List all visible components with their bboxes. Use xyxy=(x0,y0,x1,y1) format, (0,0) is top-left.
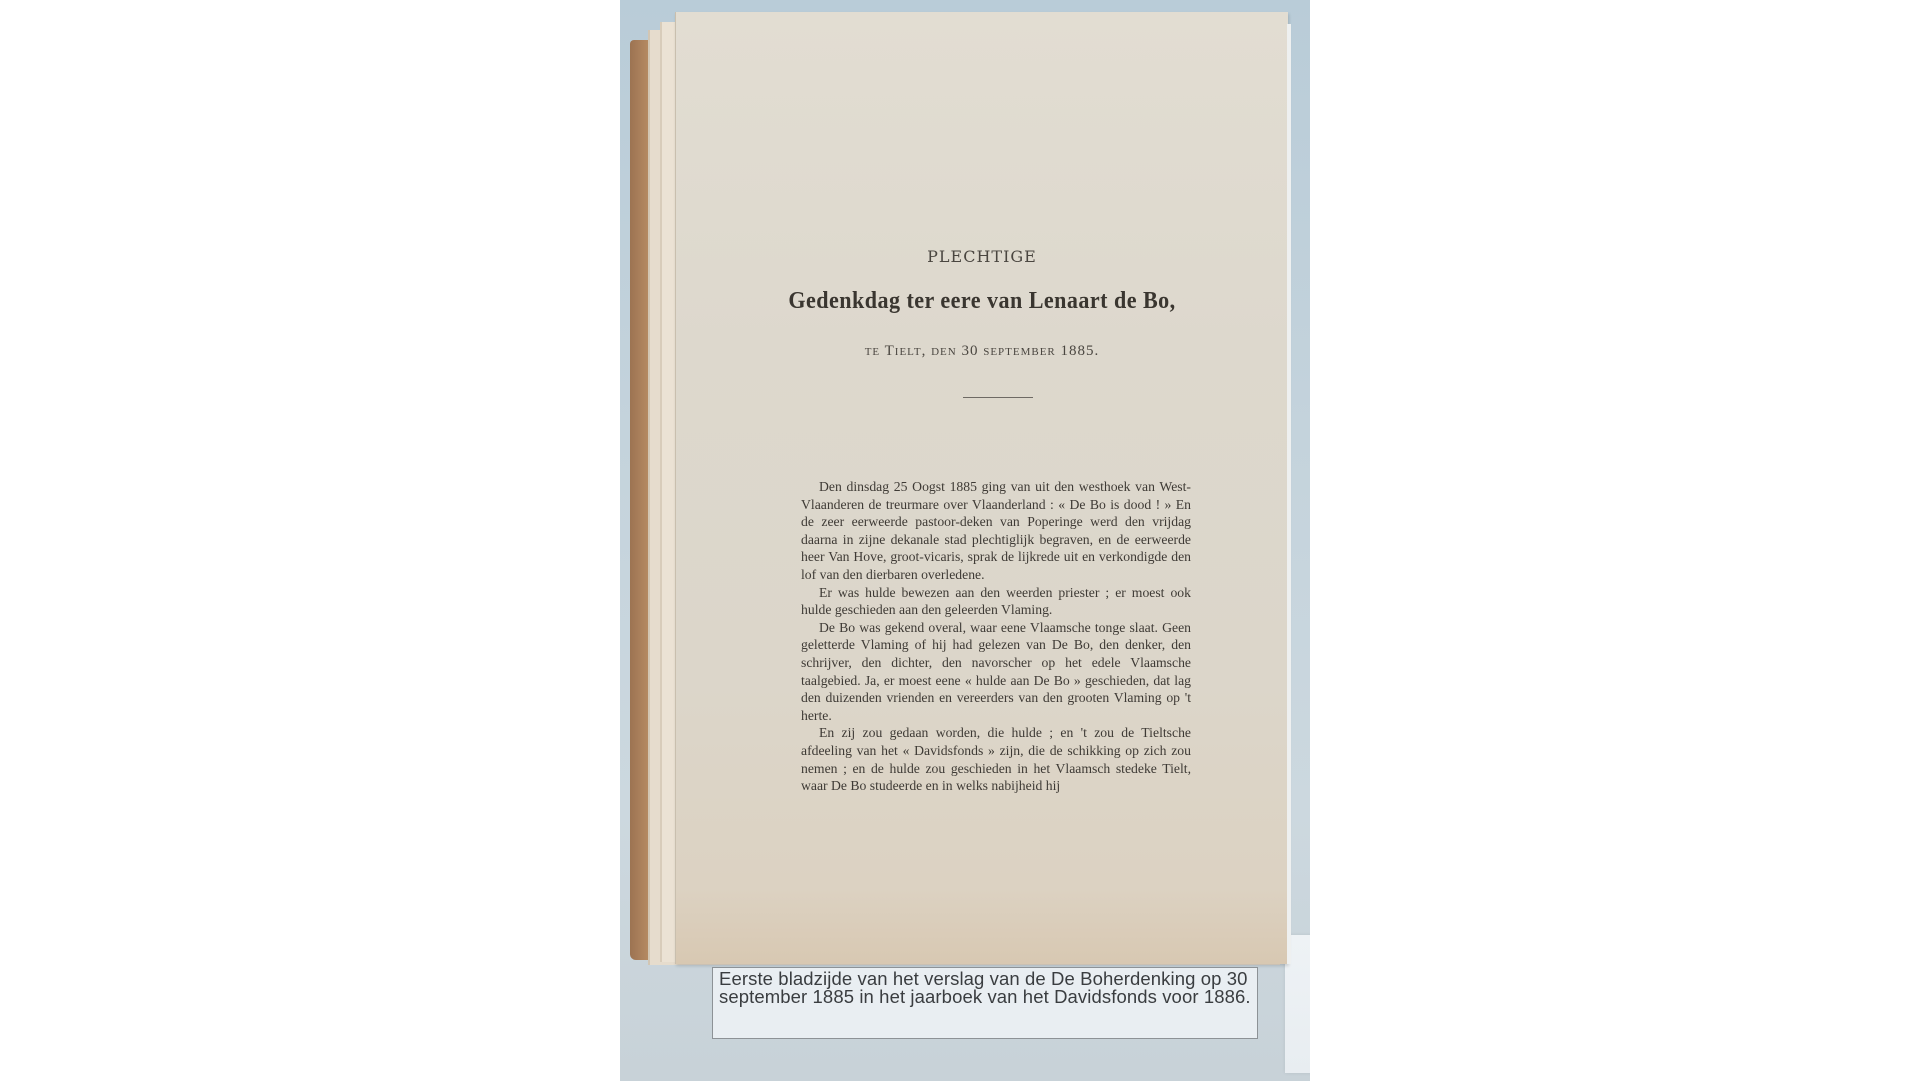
paragraph: Den dinsdag 25 Oogst 1885 ging van uit d… xyxy=(801,478,1191,584)
heading-sub: te Tielt, den 30 september 1885. xyxy=(676,343,1288,360)
body-text: Den dinsdag 25 Oogst 1885 ging van uit d… xyxy=(801,478,1191,795)
heading-main: Gedenkdag ter eere van Lenaart de Bo, xyxy=(700,288,1263,315)
title-divider xyxy=(963,397,1033,398)
book-page: PLECHTIGE Gedenkdag ter eere van Lenaart… xyxy=(675,12,1288,964)
page-edge-highlight xyxy=(1287,24,1291,964)
heading-small: PLECHTIGE xyxy=(676,247,1288,266)
paragraph: De Bo was gekend overal, waar eene Vlaam… xyxy=(801,619,1191,725)
caption-label: Eerste bladzijde van het verslag van de … xyxy=(712,967,1258,1039)
paragraph: En zij zou gedaan worden, die hulde ; en… xyxy=(801,724,1191,794)
paragraph: Er was hulde bewezen aan den weerden pri… xyxy=(801,584,1191,619)
